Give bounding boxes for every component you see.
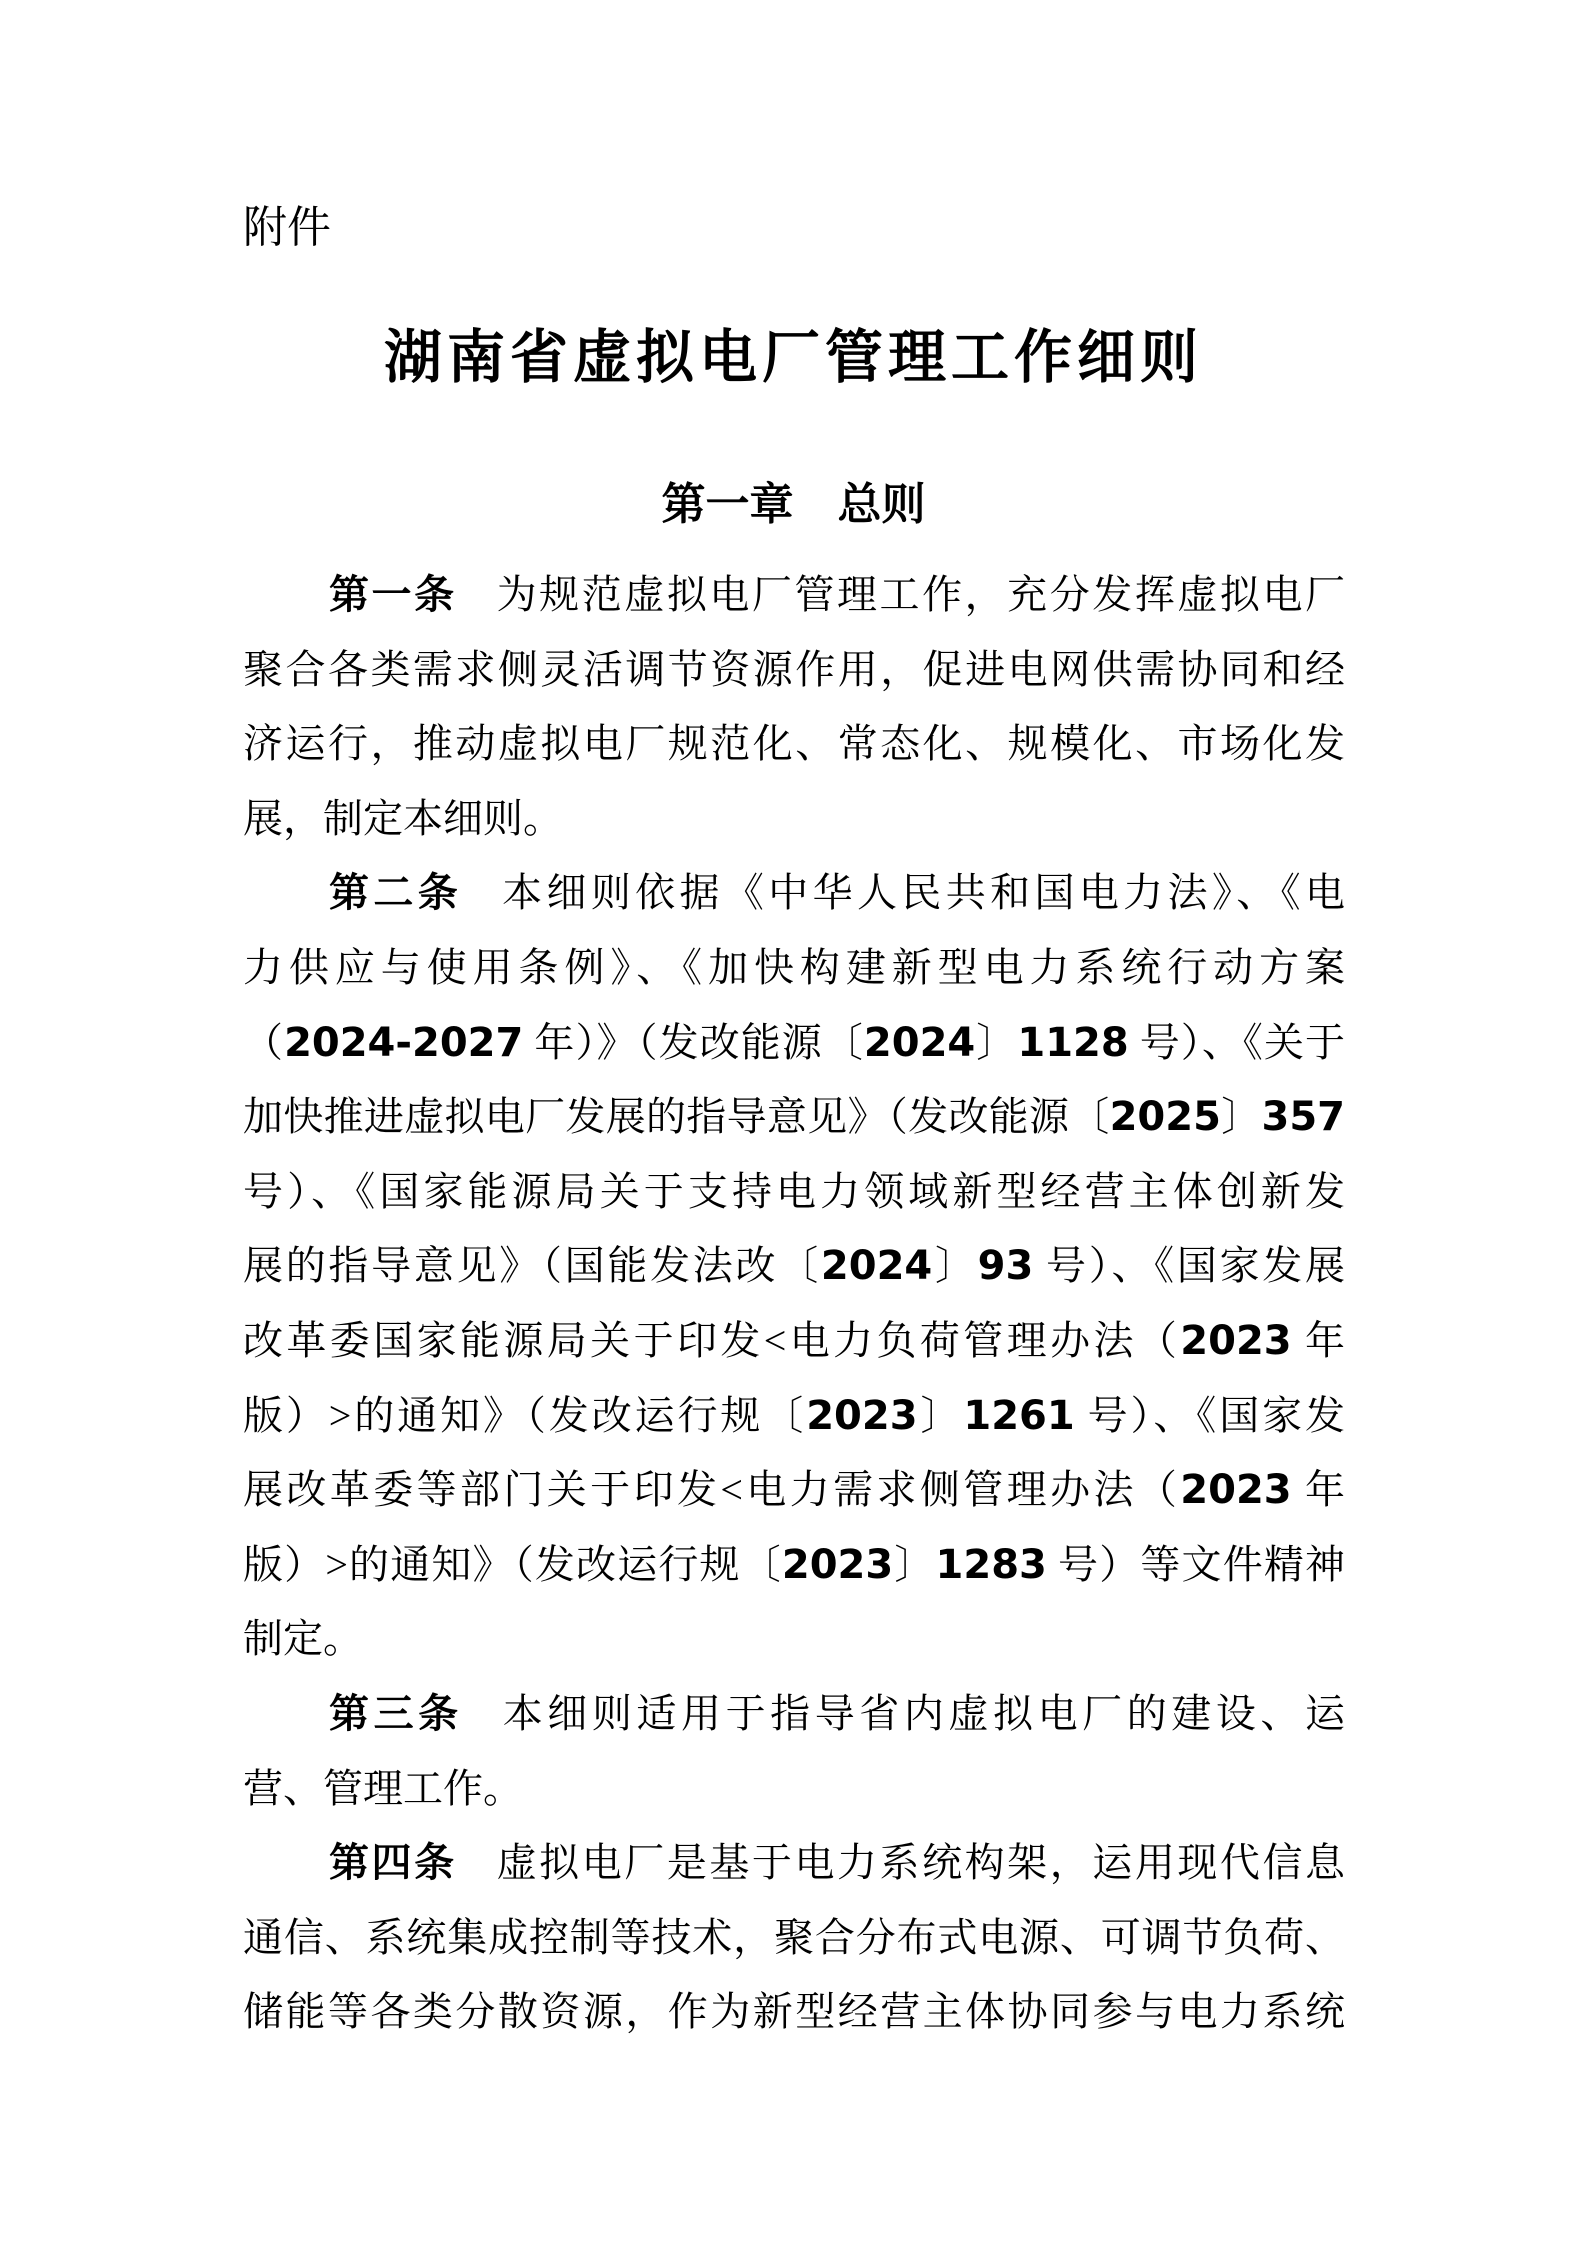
text-line: 济运行，推动虚拟电厂规范化、常态化、规模化、市场化发 [243, 707, 1345, 782]
text-line: 第一条为规范虚拟电厂管理工作，充分发挥虚拟电厂 [243, 558, 1345, 633]
text-line: 版）>的通知》（发改运行规〔2023〕1283 号）等文件精神 [243, 1528, 1345, 1603]
text-line: 储能等各类分散资源，作为新型经营主体协同参与电力系统 [243, 1975, 1345, 2050]
text-line: 加快推进虚拟电厂发展的指导意见》（发改能源〔2025〕357 [243, 1080, 1345, 1155]
text-line: 展改革委等部门关于印发<电力需求侧管理办法（2023 年 [243, 1453, 1345, 1528]
text-line: 通信、系统集成控制等技术，聚合分布式电源、可调节负荷、 [243, 1901, 1345, 1976]
text-line: 营、管理工作。 [243, 1752, 1345, 1827]
text-line: 第二条本细则依据《中华人民共和国电力法》、《电 [243, 856, 1345, 931]
document-title: 湖南省虚拟电厂管理工作细则 [0, 327, 1587, 389]
document-body: 第一条为规范虚拟电厂管理工作，充分发挥虚拟电厂 聚合各类需求侧灵活调节资源作用，… [243, 558, 1345, 2050]
article-4: 第四条虚拟电厂是基于电力系统构架，运用现代信息 通信、系统集成控制等技术，聚合分… [243, 1826, 1345, 2050]
text-line: 第三条本细则适用于指导省内虚拟电厂的建设、运 [243, 1677, 1345, 1752]
text-line: 聚合各类需求侧灵活调节资源作用，促进电网供需协同和经 [243, 633, 1345, 708]
article-2: 第二条本细则依据《中华人民共和国电力法》、《电 力供应与使用条例》、《加快构建新… [243, 856, 1345, 1677]
text-line: 改革委国家能源局关于印发<电力负荷管理办法（2023 年 [243, 1304, 1345, 1379]
text-line: 展的指导意见》（国能发法改〔2024〕93 号）、《国家发展 [243, 1229, 1345, 1304]
text-line: （2024-2027 年）》（发改能源〔2024〕1128 号）、《关于 [243, 1006, 1345, 1081]
article-1-text: 为规范虚拟电厂管理工作，充分发挥虚拟电厂 [497, 572, 1345, 617]
text-line: 展，制定本细则。 [243, 782, 1345, 857]
article-3-label: 第三条 [329, 1691, 463, 1736]
text-line: 第四条虚拟电厂是基于电力系统构架，运用现代信息 [243, 1826, 1345, 1901]
article-1-label: 第一条 [329, 572, 457, 617]
article-3-text: 本细则适用于指导省内虚拟电厂的建设、运 [503, 1691, 1345, 1736]
article-2-label: 第二条 [329, 870, 462, 915]
text-line: 制定。 [243, 1602, 1345, 1677]
text-line: 号）、《国家能源局关于支持电力领域新型经营主体创新发 [243, 1155, 1345, 1230]
text-line: 版）>的通知》（发改运行规〔2023〕1261 号）、《国家发 [243, 1379, 1345, 1454]
article-3: 第三条本细则适用于指导省内虚拟电厂的建设、运 营、管理工作。 [243, 1677, 1345, 1826]
article-4-text: 虚拟电厂是基于电力系统构架，运用现代信息 [497, 1840, 1345, 1885]
article-4-label: 第四条 [329, 1840, 457, 1885]
chapter-heading: 第一章 总则 [0, 480, 1587, 530]
attachment-label: 附件 [243, 204, 331, 252]
document-page: 附件 湖南省虚拟电厂管理工作细则 第一章 总则 第一条为规范虚拟电厂管理工作，充… [0, 0, 1587, 2245]
text-line: 力供应与使用条例》、《加快构建新型电力系统行动方案 [243, 931, 1345, 1006]
article-1: 第一条为规范虚拟电厂管理工作，充分发挥虚拟电厂 聚合各类需求侧灵活调节资源作用，… [243, 558, 1345, 856]
article-2-text: 本细则依据《中华人民共和国电力法》、《电 [502, 870, 1345, 915]
